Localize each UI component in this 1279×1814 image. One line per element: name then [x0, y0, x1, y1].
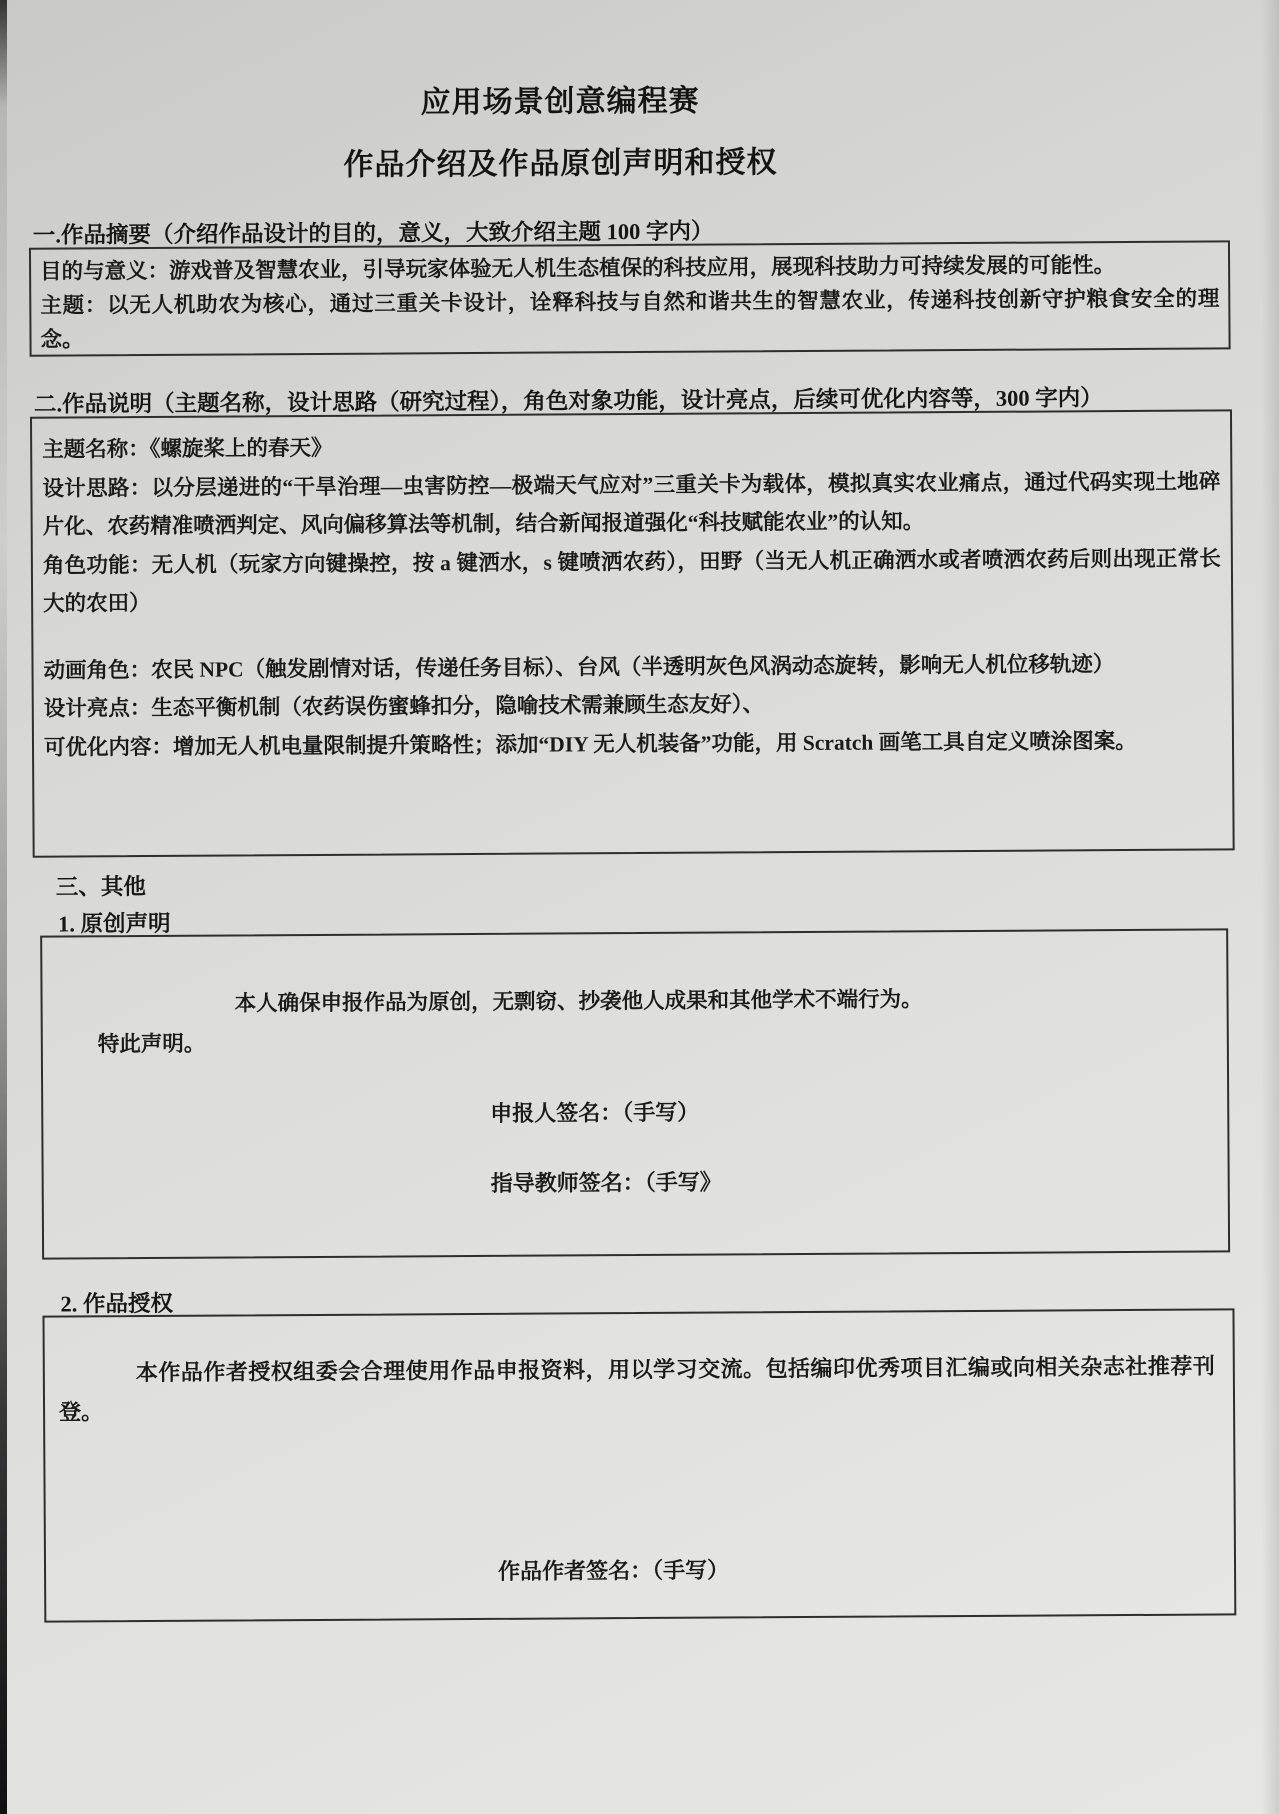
applicant-signature-line: 申报人签名：（手写） — [490, 1096, 699, 1128]
originality-declaration-box: 本人确保申报作品为原创，无剽窃、抄袭他人成果和其他学术不端行为。 特此声明。 申… — [40, 928, 1230, 1259]
photo-left-edge-shadow — [0, 0, 7, 1814]
authorization-statement: 本作品作者授权组委会合理使用作品申报资料，用以学习交流。包括编印优秀项目汇编或向… — [59, 1346, 1215, 1431]
description-optimizable-content: 可优化内容：增加无人机电量限制提升策略性；添加“DIY 无人机装备”功能，用 S… — [44, 721, 1222, 767]
document-title: 应用场景创意编程赛 — [30, 73, 1090, 123]
description-role-function: 角色功能：无人机（玩家方向键操控，按 a 键洒水，s 键喷洒农药），田野（当无人… — [43, 539, 1221, 623]
abstract-theme-text: 主题：以无人机助农为核心，通过三重关卡设计，诠释科技与自然和谐共生的智慧农业，传… — [40, 281, 1219, 356]
document-subtitle: 作品介绍及作品原创声明和授权 — [30, 135, 1090, 185]
work-authorization-box: 本作品作者授权组委会合理使用作品申报资料，用以学习交流。包括编印优秀项目汇编或向… — [42, 1308, 1236, 1622]
description-box: 主题名称：《螺旋桨上的春天》 设计思路：以分层递进的“干旱治理—虫害防控—极端天… — [30, 409, 1235, 857]
section-3-heading: 三、其他 — [56, 869, 146, 902]
originality-subheading: 1. 原创声明 — [58, 906, 171, 939]
description-animation-roles: 动画角色：农民 NPC（触发剧情对话，传递任务目标）、台风（半透明灰色风涡动态旋… — [43, 644, 1221, 690]
teacher-signature-line: 指导教师签名：（手写》 — [491, 1166, 722, 1198]
abstract-box: 目的与意义：游戏普及智慧农业，引导玩家体验无人机生态植保的科技应用，展现科技助力… — [29, 240, 1231, 356]
declaration-statement: 本人确保申报作品为原创，无剽窃、抄袭他人成果和其他学术不端行为。 — [234, 981, 1136, 1021]
photo-right-edge-shadow — [1261, 0, 1279, 1814]
document-page: 应用场景创意编程赛 作品介绍及作品原创声明和授权 一.作品摘要（介绍作品设计的目… — [0, 0, 1279, 1814]
authorization-subheading: 2. 作品授权 — [60, 1286, 173, 1319]
description-design-idea: 设计思路：以分层递进的“干旱治理—虫害防控—极端天气应对”三重关卡为载体，模拟真… — [42, 462, 1220, 546]
author-signature-line: 作品作者签名：（手写） — [498, 1553, 729, 1585]
declaration-hereby: 特此声明。 — [98, 1020, 1227, 1061]
